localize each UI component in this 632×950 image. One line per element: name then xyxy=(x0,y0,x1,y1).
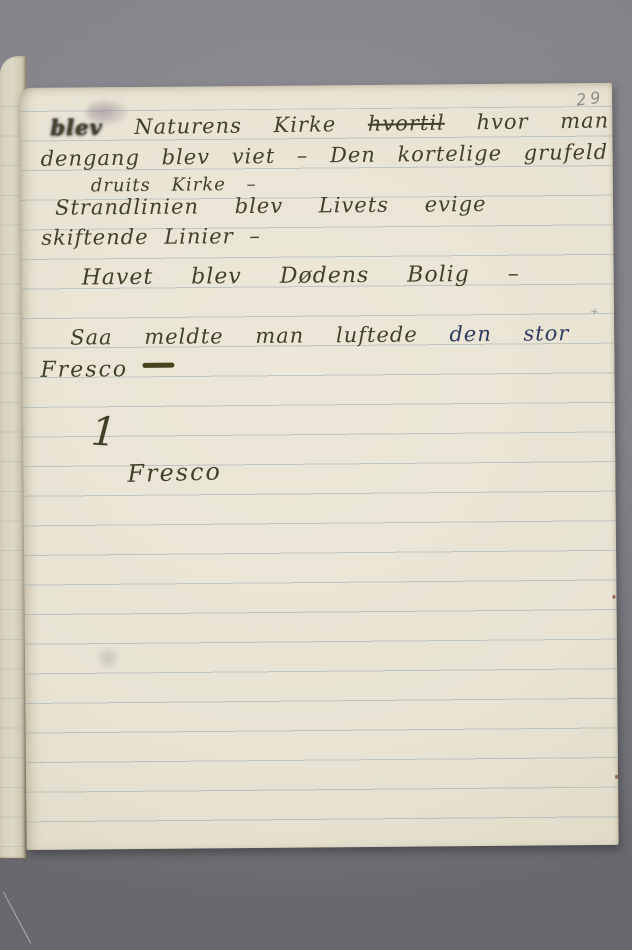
handwriting-line-5: skiftende Linier – xyxy=(41,224,261,250)
page-number: 29 xyxy=(575,87,605,109)
handwriting-line-2: dengang blev viet – Den kortelige grufel… xyxy=(40,140,608,171)
notebook-page: 29 blev Naturens Kirke hvortil hvor man … xyxy=(20,83,619,850)
handwriting-numeral-1: 1 xyxy=(90,409,119,457)
handwriting-line-6: Havet blev Dødens Bolig – xyxy=(82,262,520,291)
felt-thread-mark xyxy=(3,892,31,944)
handwriting-line-3-inserted: druits Kirke – xyxy=(91,174,257,196)
handwriting-line-4: Strandlinien blev Livets evige xyxy=(55,192,487,220)
handwriting-line-10: Fresco xyxy=(127,457,222,487)
line-8-word: Fresco xyxy=(40,357,128,383)
page-edge-speck xyxy=(615,775,618,779)
line-1-rest: hvor man xyxy=(476,108,609,134)
photograph-scene: 29 blev Naturens Kirke hvortil hvor man … xyxy=(0,0,632,950)
handwriting-line-8: Fresco xyxy=(40,357,174,383)
pencil-plus-mark: + xyxy=(589,304,601,319)
handwriting-line-1: blev Naturens Kirke hvortil hvor man xyxy=(50,107,609,140)
heavy-ink-dash xyxy=(142,363,174,368)
line-7-blue-ink: den stor xyxy=(449,321,569,346)
page-edge-speck xyxy=(612,595,615,599)
smudged-word: blev xyxy=(50,114,103,140)
line-1-text: Naturens Kirke xyxy=(134,112,336,139)
struck-word: hvortil xyxy=(368,111,445,136)
pencil-smudge xyxy=(95,645,121,671)
handwriting-line-7: Saa meldte man luftede den stor xyxy=(70,321,569,349)
line-7-dark-ink: Saa meldte man luftede xyxy=(70,323,418,350)
